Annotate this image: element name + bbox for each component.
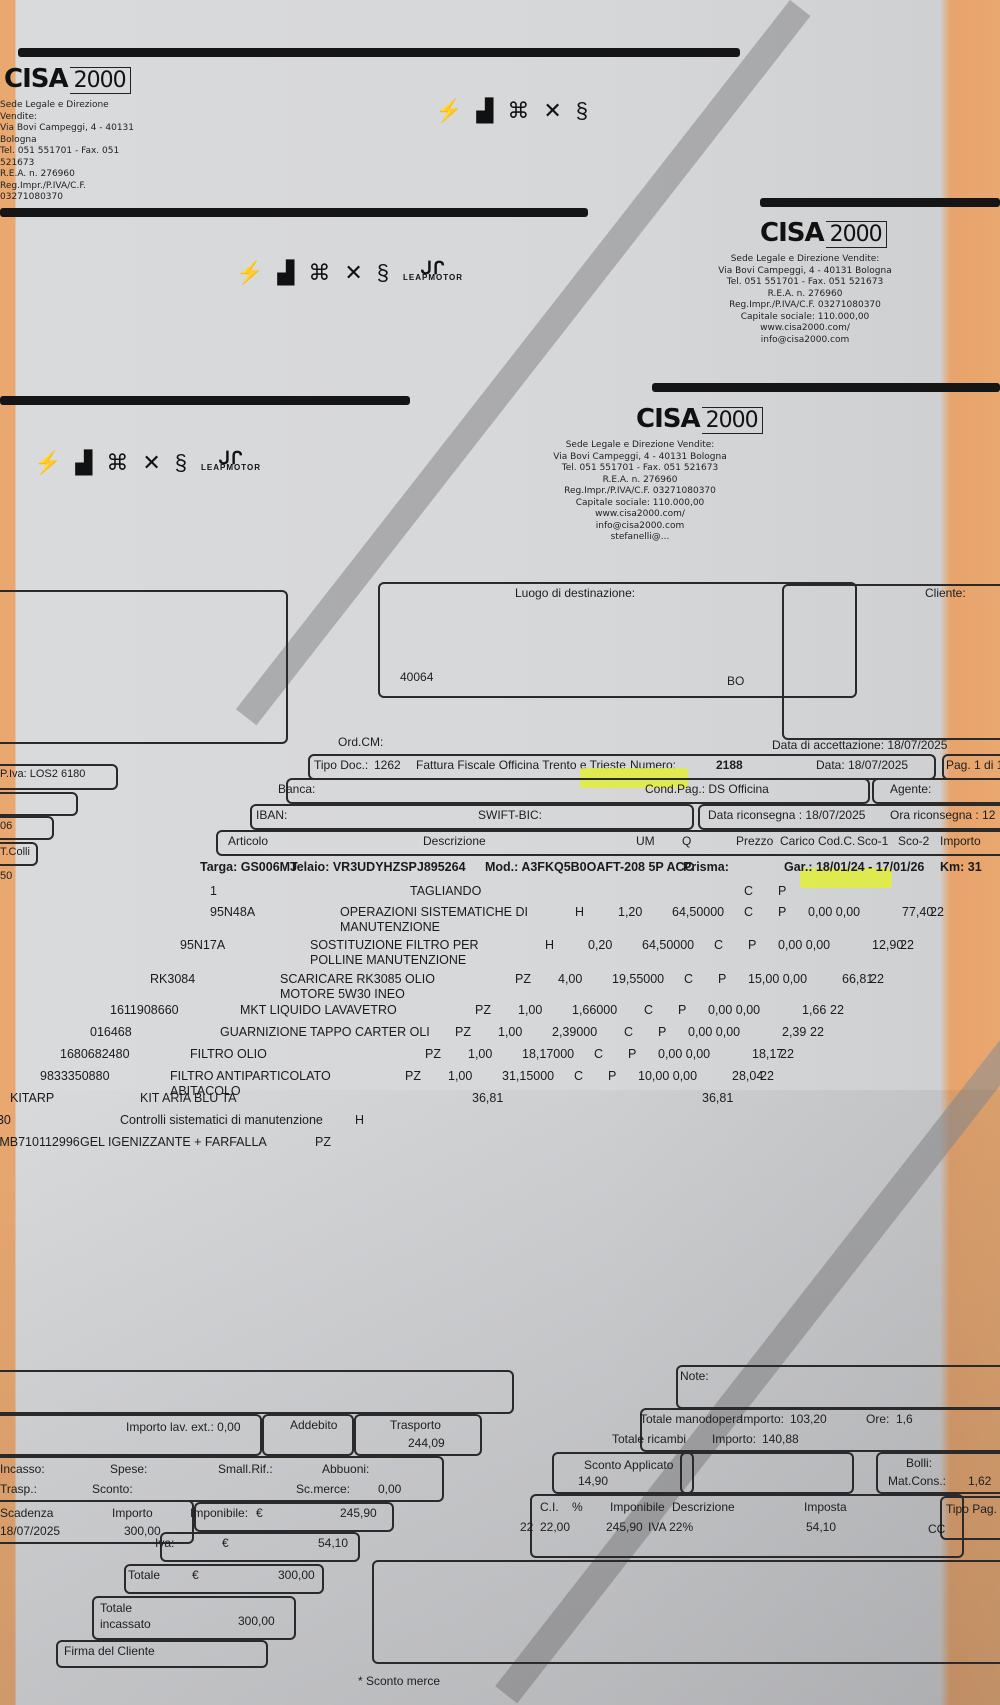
trasporto-label: Trasporto — [390, 1418, 441, 1432]
brand-logos-3: ⚡ ▟ ⌘ ✕ § ᒍᒋLEAPMOTOR — [34, 450, 261, 476]
piva-value: P.Iva: LOS2 6180 — [0, 768, 85, 780]
cell-iva: 22 — [780, 1047, 794, 1061]
totale-currency: € — [192, 1568, 199, 1582]
col-codc: Cod.C. — [818, 834, 855, 848]
addebito-label: Addebito — [290, 1418, 337, 1432]
note-label: Note: — [680, 1369, 709, 1383]
col-sco2: Sco-2 — [898, 834, 929, 848]
agente-label: Agente: — [890, 782, 931, 796]
ore-label: Ore: — [866, 1412, 889, 1426]
iva-label: Iva: — [155, 1536, 174, 1550]
cell-um: PZ — [405, 1069, 421, 1083]
cell-article: 016468 — [90, 1025, 132, 1039]
col-carico: Carico — [780, 834, 815, 848]
vat-perc: 22,00 — [540, 1520, 570, 1534]
cell-price: 64,50000 — [672, 905, 724, 919]
cell-iva: 22 — [900, 938, 914, 952]
iva-currency: € — [222, 1536, 229, 1550]
sconto-merce-value: 0,00 — [378, 1482, 401, 1496]
cell-um: PZ — [455, 1025, 471, 1039]
vehicle-km: Km: 31 — [940, 860, 982, 874]
leapmotor-logo-icon: ᒍᒋLEAPMOTOR — [403, 264, 463, 282]
cell-importo: 2,39 — [782, 1025, 806, 1039]
tipo-pag-value: CC — [928, 1522, 945, 1536]
cell-q: 1,00 — [468, 1047, 492, 1061]
destination-label: Luogo di destinazione: — [515, 586, 635, 600]
scadenza-value: 18/07/2025 — [0, 1524, 60, 1538]
fiat-logo-icon: ⌘ — [308, 260, 330, 286]
citroen-logo-icon: ✕ — [344, 260, 362, 286]
descrizione-col: Descrizione — [672, 1500, 735, 1514]
vat-desc: IVA 22% — [648, 1520, 693, 1534]
iva-value: 54,10 — [318, 1536, 348, 1550]
cell-importo: 12,90 — [872, 938, 903, 952]
cell-description: SOSTITUZIONE FILTRO PER POLLINE MANUTENZ… — [310, 938, 520, 968]
importo-label: Importo — [112, 1506, 153, 1520]
totale-ricambi: Totale ricambi — [612, 1432, 686, 1446]
brand-logos-2: ⚡ ▟ ⌘ ✕ § ᒍᒋLEAPMOTOR — [236, 260, 463, 286]
header-rule — [18, 48, 740, 57]
company-logo-3: CISA2000 — [636, 404, 763, 434]
sconto-applicato-value: 14,90 — [578, 1474, 608, 1488]
vehicle-modello: Mod.: A3FKQ5B0OAFT-208 5P ACC — [485, 860, 694, 874]
col-descrizione: Descrizione — [423, 834, 486, 848]
cell-carico: C — [644, 1003, 653, 1017]
col-sco1: Sco-1 — [857, 834, 888, 848]
jeep-logo-icon: ▟ — [277, 260, 294, 286]
ds-logo-icon: § — [175, 450, 187, 476]
trasporto-value: 244,09 — [408, 1436, 445, 1450]
cell-importo: 18,17 — [752, 1047, 783, 1061]
importo-lav-ext: Importo lav. ext.: 0,00 — [126, 1420, 241, 1434]
header-rule-2 — [0, 208, 588, 217]
trasp-label: Trasp.: — [0, 1482, 37, 1496]
cell-codc: P — [658, 1025, 666, 1039]
cell-importo: 1,66 — [802, 1003, 826, 1017]
bottom-box — [372, 1560, 1000, 1664]
col-importo: Importo — [940, 834, 981, 848]
ricambi-importo-label: Importo: — [712, 1432, 756, 1446]
cell-iva: 22 — [830, 1003, 844, 1017]
cell-iva: 22 — [930, 905, 944, 919]
cell-sco: 0,00 0,00 — [688, 1025, 740, 1039]
opel-logo-icon: ⚡ — [34, 450, 61, 476]
cell-codc: P — [718, 972, 726, 986]
cell-iva: 22 — [870, 972, 884, 986]
left-box-2 — [0, 792, 78, 816]
cell-carico: C — [744, 905, 753, 919]
cell-q: 1,20 — [618, 905, 642, 919]
col-q: Q — [682, 834, 691, 848]
cell-carico: C — [624, 1025, 633, 1039]
cell-price: 18,17000 — [522, 1047, 574, 1061]
vehicle-garanzia: Gar.: 18/01/24 - 17/01/26 — [784, 860, 924, 874]
iban-value: SWIFT-BIC: — [478, 808, 542, 822]
cell-um: PZ — [475, 1003, 491, 1017]
cell-sco: 0,00 0,00 — [808, 905, 860, 919]
numero-value: 2188 — [716, 758, 743, 772]
destination-province: BO — [727, 674, 744, 688]
cell-codc: P — [778, 884, 786, 898]
imponibile-col: Imponibile — [610, 1500, 665, 1514]
abbuoni-label: Abbuoni: — [322, 1462, 369, 1476]
scadenza-label: Scadenza — [0, 1506, 53, 1520]
fiat-logo-icon: ⌘ — [106, 450, 128, 476]
cell-article: 95N17A — [180, 938, 225, 952]
footnote: * Sconto merce — [358, 1674, 440, 1688]
manodopera-importo-label: Importo: — [740, 1412, 784, 1426]
cell-description: TAGLIANDO — [410, 884, 620, 899]
cell-price: 31,15000 — [502, 1069, 554, 1083]
manodopera-importo: 103,20 — [790, 1412, 827, 1426]
ricambi-importo: 140,88 — [762, 1432, 799, 1446]
cond-pag: Cond.Pag.: DS Officina — [645, 782, 769, 796]
opel-logo-icon: ⚡ — [435, 98, 462, 124]
ore-value: 1,6 — [896, 1412, 913, 1426]
client-label: Cliente: — [925, 586, 966, 600]
cell-price: 64,50000 — [642, 938, 694, 952]
cell-description: SCARICARE RK3085 OLIO MOTORE 5W30 INEO — [280, 972, 490, 1002]
cell-q: 4,00 — [558, 972, 582, 986]
imponibile-label: Imponibile: — [190, 1506, 248, 1520]
vat-imponibile: 245,90 — [606, 1520, 643, 1534]
cell-um: PZ — [515, 972, 531, 986]
totale-value: 300,00 — [278, 1568, 315, 1582]
cell-um: H — [575, 905, 584, 919]
perc-label: % — [572, 1500, 583, 1514]
vehicle-targa: Targa: GS006MJ — [200, 860, 297, 874]
cell-q: 1,00 — [518, 1003, 542, 1017]
sconto-label: Sconto: — [92, 1482, 133, 1496]
mat-cons-value: 1,62 — [968, 1474, 991, 1488]
vat-box — [530, 1494, 964, 1558]
brand-logos-top: ⚡ ▟ ⌘ ✕ § — [435, 98, 588, 124]
jeep-logo-icon: ▟ — [75, 450, 92, 476]
left-code-1: 06 — [0, 820, 12, 832]
company-address-top: Sede Legale e Direzione Vendite: Via Bov… — [0, 100, 140, 204]
leapmotor-logo-icon: ᒍᒋLEAPMOTOR — [201, 454, 261, 472]
cell-sco: 10,00 0,00 — [638, 1069, 697, 1083]
sconto-merce-label: Sc.merce: — [296, 1482, 350, 1496]
cell-sco: 0,00 0,00 — [708, 1003, 760, 1017]
left-code-2: 50 — [0, 870, 12, 882]
cell-q: 1,00 — [448, 1069, 472, 1083]
cell-description: OPERAZIONI SISTEMATICHE DI MANUTENZIONE — [340, 905, 550, 935]
company-logo: CISA2000 — [4, 64, 131, 94]
cell-carico: C — [594, 1047, 603, 1061]
cell-carico: C — [744, 884, 753, 898]
mat-cons-label: Mat.Cons.: — [888, 1474, 946, 1488]
cell-price: 2,39000 — [552, 1025, 597, 1039]
tipo-pag-label: Tipo Pag. — [946, 1502, 997, 1516]
col-um: UM — [636, 834, 655, 848]
cell-article: 9833350880 — [40, 1069, 110, 1083]
firma-label: Firma del Cliente — [64, 1644, 155, 1658]
cell-q: 0,20 — [588, 938, 612, 952]
imponibile-value: 245,90 — [340, 1506, 377, 1520]
totale-manodopera: Totale manodopera — [640, 1412, 743, 1426]
totale-incassato-value: 300,00 — [238, 1614, 275, 1628]
tipo-doc-code: 1262 — [374, 758, 401, 772]
ora-riconsegna: Ora riconsegna : 12 — [890, 808, 995, 822]
cell-importo: 66,81 — [842, 972, 873, 986]
totale-label: Totale — [128, 1568, 160, 1582]
cell-codc: P — [748, 938, 756, 952]
pagina: Pag. 1 di 1 — [946, 758, 1000, 772]
cell-description: FILTRO OLIO — [190, 1047, 400, 1062]
header-rule-3 — [760, 198, 1000, 207]
col-articolo: Articolo — [228, 834, 268, 848]
banca-box — [286, 778, 870, 804]
note-box-left — [0, 1370, 514, 1414]
cell-price: 19,55000 — [612, 972, 664, 986]
cell-sco: 0,00 0,00 — [658, 1047, 710, 1061]
iban-label: IBAN: — [256, 808, 287, 822]
cell-codc: P — [608, 1069, 616, 1083]
blank-box — [680, 1452, 854, 1494]
vat-imposta: 54,10 — [806, 1520, 836, 1534]
cell-importo: 28,04 — [732, 1069, 763, 1083]
incasso-label: Incasso: — [0, 1462, 45, 1476]
cell-article: 95N48A — [210, 905, 255, 919]
cell-article: 1611908660 — [110, 1003, 179, 1017]
company-address-3: Sede Legale e Direzione Vendite: Via Bov… — [520, 440, 760, 544]
vehicle-prisma: Prisma: — [683, 860, 729, 874]
small-rif-label: Small.Rif.: — [218, 1462, 273, 1476]
col-prezzo: Prezzo — [736, 834, 773, 848]
destination-cap: 40064 — [400, 670, 433, 684]
client-box — [782, 584, 1000, 740]
ds-logo-icon: § — [576, 98, 588, 124]
cell-importo: 77,40 — [902, 905, 933, 919]
cell-description: MKT LIQUIDO LAVAVETRO — [240, 1003, 450, 1018]
header-rule-5 — [652, 383, 1000, 392]
sconto-applicato-label: Sconto Applicato — [584, 1458, 673, 1472]
cell-article: 1680682480 — [60, 1047, 130, 1061]
cell-codc: P — [778, 905, 786, 919]
opel-logo-icon: ⚡ — [236, 260, 263, 286]
cell-sco: 0,00 0,00 — [778, 938, 830, 952]
tipo-doc-label: Tipo Doc.: — [314, 758, 368, 772]
cell-sco: 15,00 0,00 — [748, 972, 807, 986]
fiat-logo-icon: ⌘ — [507, 98, 529, 124]
jeep-logo-icon: ▟ — [476, 98, 493, 124]
citroen-logo-icon: ✕ — [543, 98, 561, 124]
cell-iva: 22 — [760, 1069, 774, 1083]
iban-box — [250, 804, 694, 830]
data-doc: Data: 18/07/2025 — [816, 758, 908, 772]
ds-logo-icon: § — [377, 260, 389, 286]
company-logo-2: CISA2000 — [760, 218, 887, 248]
ord-label: Ord.CM: — [338, 735, 383, 749]
cell-carico: C — [684, 972, 693, 986]
cell-article: 1 — [210, 884, 217, 898]
cell-carico: C — [574, 1069, 583, 1083]
vehicle-telaio: Telaio: VR3UDYHZSPJ895264 — [290, 860, 466, 874]
cell-q: 1,00 — [498, 1025, 522, 1039]
cell-iva: 22 — [810, 1025, 824, 1039]
vat-code: 22 — [520, 1520, 533, 1534]
cell-article: RK3084 — [150, 972, 195, 986]
banca-label: Banca: — [278, 782, 315, 796]
spese-label: Spese: — [110, 1462, 147, 1476]
totale-incassato-label: Totale incassato — [100, 1600, 170, 1632]
cell-codc: P — [678, 1003, 686, 1017]
cell-carico: C — [714, 938, 723, 952]
citroen-logo-icon: ✕ — [142, 450, 160, 476]
imponibile-currency: € — [256, 1506, 263, 1520]
cell-um: PZ — [425, 1047, 441, 1061]
bolli-label: Bolli: — [906, 1456, 932, 1470]
header-rule-4 — [0, 396, 410, 405]
cell-um: H — [545, 938, 554, 952]
cell-price: 1,66000 — [572, 1003, 617, 1017]
cell-codc: P — [628, 1047, 636, 1061]
left-address-box — [0, 590, 288, 744]
left-label-1: T.Colli — [0, 846, 30, 858]
ci-label: C.I. — [540, 1500, 559, 1514]
cell-description: GUARNIZIONE TAPPO CARTER OLI — [220, 1025, 430, 1040]
data-riconsegna: Data riconsegna : 18/07/2025 — [708, 808, 865, 822]
company-address-2: Sede Legale e Direzione Vendite: Via Bov… — [690, 254, 920, 346]
imposta-col: Imposta — [804, 1500, 847, 1514]
note-box — [676, 1365, 1000, 1409]
acceptance-date: Data di accettazione: 18/07/2025 — [772, 738, 947, 752]
